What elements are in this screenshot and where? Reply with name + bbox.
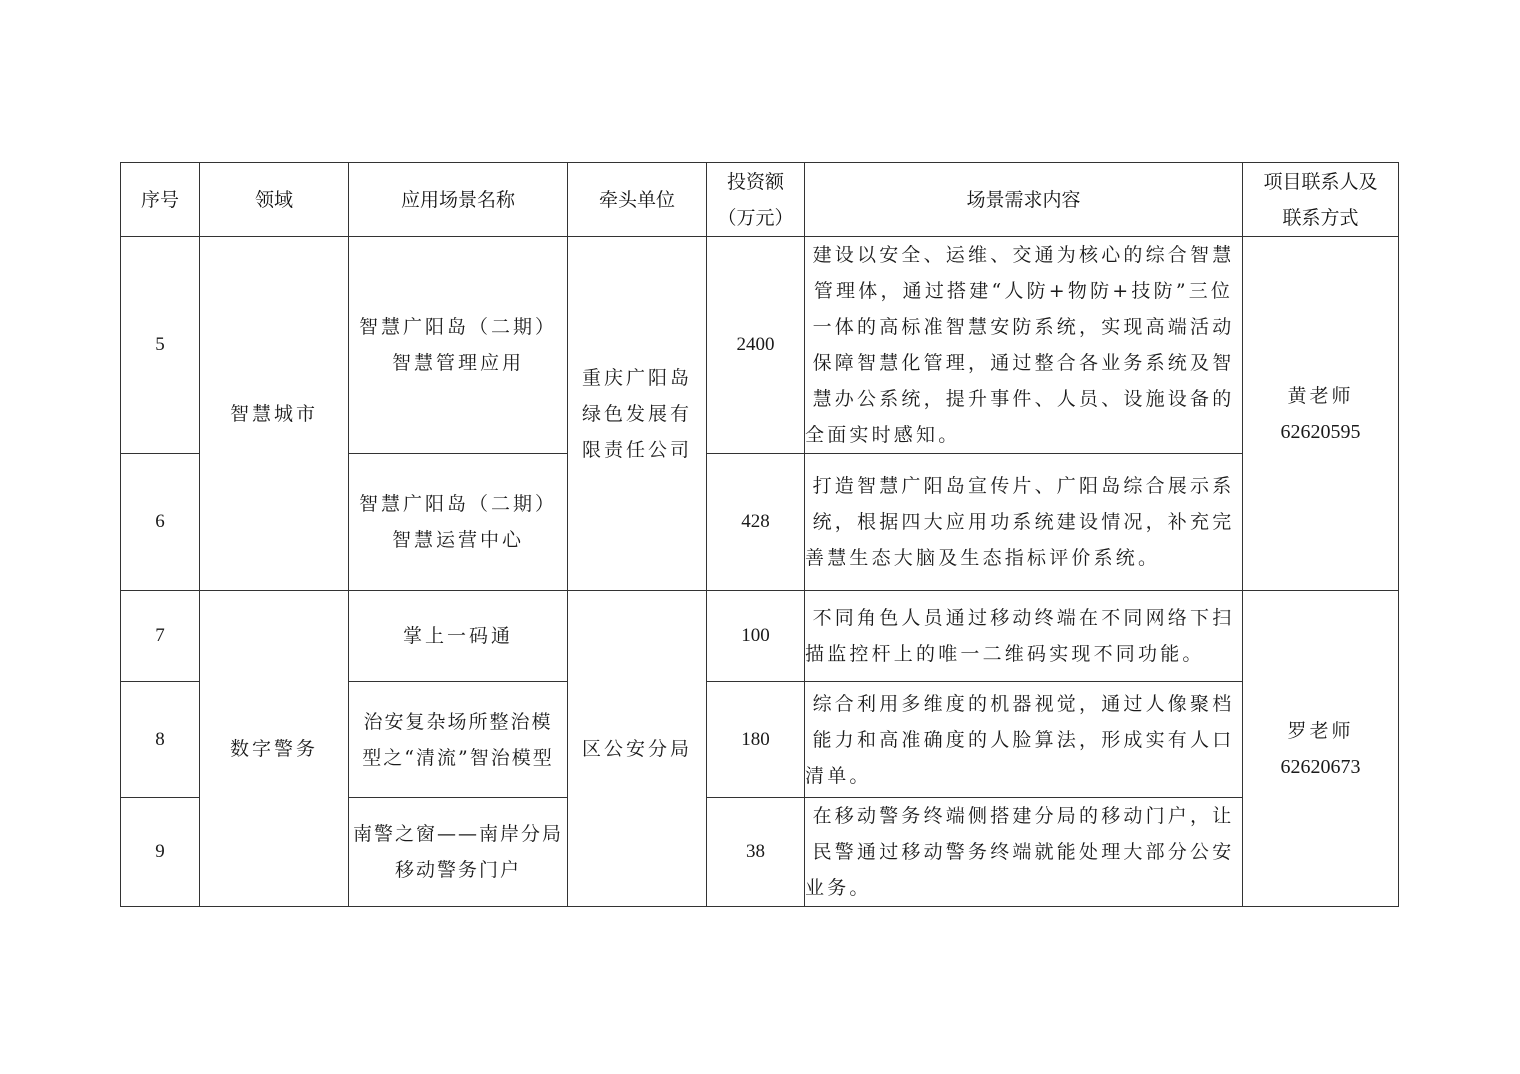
investment-cell: 2400 — [707, 237, 805, 454]
scene-name-cell: 智慧广阳岛（二期） 智慧管理应用 — [349, 237, 568, 454]
requirement-cell: 不同角色人员通过移动终端在不同网络下扫描监控杆上的唯一二维码实现不同功能。 — [805, 591, 1243, 682]
investment-cell: 100 — [707, 591, 805, 682]
scene-name-cell: 治安复杂场所整治模 型之“清流”智治模型 — [349, 682, 568, 798]
header-lead-unit: 牵头单位 — [568, 163, 707, 237]
header-investment-line2: （万元） — [707, 200, 804, 236]
investment-cell: 180 — [707, 682, 805, 798]
scenario-table: 序号 领域 应用场景名称 牵头单位 投资额 （万元） 场景需求内容 项目联系人及… — [120, 162, 1399, 907]
contact-cell: 黄老师 62620595 — [1243, 237, 1399, 591]
scene-name-cell: 智慧广阳岛（二期） 智慧运营中心 — [349, 454, 568, 591]
header-row: 序号 领域 应用场景名称 牵头单位 投资额 （万元） 场景需求内容 项目联系人及… — [121, 163, 1399, 237]
header-field: 领域 — [200, 163, 349, 237]
investment-cell: 428 — [707, 454, 805, 591]
row-index: 8 — [121, 682, 200, 798]
lead-unit-line: 限责任公司 — [568, 432, 706, 468]
header-contact-line1: 项目联系人及 — [1243, 164, 1398, 200]
table-row: 5 智慧城市 智慧广阳岛（二期） 智慧管理应用 重庆广阳岛 绿色发展有 限责任公… — [121, 237, 1399, 454]
header-investment: 投资额 （万元） — [707, 163, 805, 237]
scene-name-line: 治安复杂场所整治模 — [349, 704, 567, 740]
lead-unit-cell: 重庆广阳岛 绿色发展有 限责任公司 — [568, 237, 707, 591]
field-cell: 数字警务 — [200, 591, 349, 907]
header-investment-line1: 投资额 — [707, 164, 804, 200]
scene-name-cell: 掌上一码通 — [349, 591, 568, 682]
contact-name: 黄老师 — [1243, 378, 1398, 414]
header-index: 序号 — [121, 163, 200, 237]
row-index: 6 — [121, 454, 200, 591]
contact-phone: 62620673 — [1243, 749, 1398, 785]
lead-unit-line: 区公安分局 — [568, 731, 706, 767]
scene-name-line: 智慧运营中心 — [349, 522, 567, 558]
lead-unit-cell: 区公安分局 — [568, 591, 707, 907]
scene-name-line: 掌上一码通 — [349, 618, 567, 654]
header-contact-line2: 联系方式 — [1243, 200, 1398, 236]
scene-name-line: 智慧管理应用 — [349, 345, 567, 381]
requirement-cell: 综合利用多维度的机器视觉，通过人像聚档能力和高准确度的人脸算法，形成实有人口清单… — [805, 682, 1243, 798]
table-row: 7 数字警务 掌上一码通 区公安分局 100 不同角色人员通过移动终端在不同网络… — [121, 591, 1399, 682]
header-scene-name: 应用场景名称 — [349, 163, 568, 237]
lead-unit-line: 绿色发展有 — [568, 396, 706, 432]
requirement-cell: 在移动警务终端侧搭建分局的移动门户，让民警通过移动警务终端就能处理大部分公安业务… — [805, 798, 1243, 907]
row-index: 5 — [121, 237, 200, 454]
contact-cell: 罗老师 62620673 — [1243, 591, 1399, 907]
scene-name-line: 移动警务门户 — [349, 852, 567, 888]
field-cell: 智慧城市 — [200, 237, 349, 591]
row-index: 9 — [121, 798, 200, 907]
investment-cell: 38 — [707, 798, 805, 907]
row-index: 7 — [121, 591, 200, 682]
header-requirement: 场景需求内容 — [805, 163, 1243, 237]
header-contact: 项目联系人及 联系方式 — [1243, 163, 1399, 237]
document-page: 序号 领域 应用场景名称 牵头单位 投资额 （万元） 场景需求内容 项目联系人及… — [0, 0, 1520, 1074]
requirement-cell: 建设以安全、运维、交通为核心的综合智慧管理体，通过搭建“人防+物防+技防”三位一… — [805, 237, 1243, 454]
lead-unit-line: 重庆广阳岛 — [568, 360, 706, 396]
scene-name-line: 智慧广阳岛（二期） — [349, 486, 567, 522]
scene-name-cell: 南警之窗——南岸分局 移动警务门户 — [349, 798, 568, 907]
requirement-cell: 打造智慧广阳岛宣传片、广阳岛综合展示系统，根据四大应用功系统建设情况，补充完善慧… — [805, 454, 1243, 591]
scene-name-line: 南警之窗——南岸分局 — [349, 816, 567, 852]
contact-phone: 62620595 — [1243, 414, 1398, 450]
scene-name-line: 型之“清流”智治模型 — [349, 740, 567, 776]
contact-name: 罗老师 — [1243, 713, 1398, 749]
scene-name-line: 智慧广阳岛（二期） — [349, 309, 567, 345]
